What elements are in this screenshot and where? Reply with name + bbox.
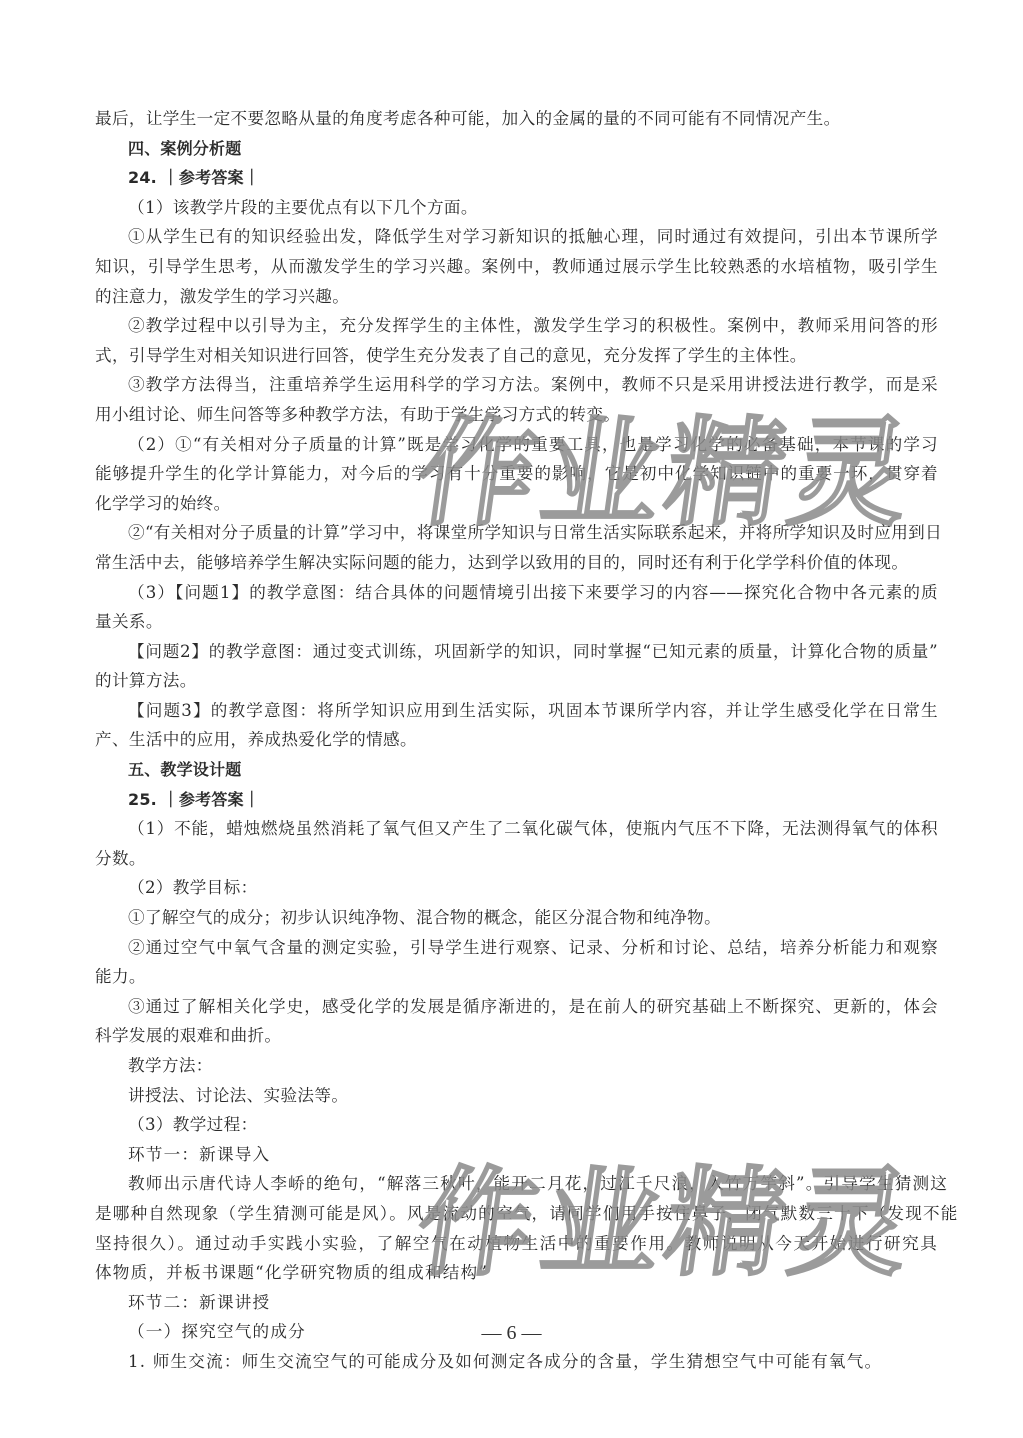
text-line: ②“有关相对分子质量的计算”学习中，将课堂所学知识与日常生活实际联系起来，并将所… xyxy=(95,518,938,548)
text-line: 的注意力，激发学生的学习兴趣。 xyxy=(95,282,938,312)
text-line: 教学方法： xyxy=(95,1051,938,1081)
text-line: 能力。 xyxy=(95,962,938,992)
text-line: 体物质，并板书课题“化学研究物质的组成和结构” xyxy=(95,1258,938,1288)
text-line: ③教学方法得当，注重培养学生运用科学的学习方法。案例中，教师不只是采用讲授法进行… xyxy=(95,370,938,400)
text-line: 的计算方法。 xyxy=(95,666,938,696)
text-line: 式，引导学生对相关知识进行回答，使学生充分发表了自己的意见，充分发挥了学生的主体… xyxy=(95,341,938,371)
section-heading-teaching-design: 五、教学设计题 xyxy=(95,755,938,785)
text-line: （3）教学过程： xyxy=(95,1110,938,1140)
page-number: — 6 — xyxy=(0,1322,1023,1345)
text-line: ①了解空气的成分；初步认识纯净物、混合物的概念，能区分混合物和纯净物。 xyxy=(95,903,938,933)
text-line: 【问题2】的教学意图：通过变式训练，巩固新学的知识，同时掌握“已知元素的质量，计… xyxy=(95,637,938,667)
text-line: 量关系。 xyxy=(95,607,938,637)
text-line: 教师出示唐代诗人李峤的绝句，“解落三秋叶，能开二月花，过江千尺浪，入竹万竿斜”。… xyxy=(95,1169,938,1199)
text-line: 是哪种自然现象（学生猜测可能是风）。风是流动的空气，请同学们用手按住鼻子，闭气默… xyxy=(95,1199,938,1229)
text-line: 分数。 xyxy=(95,844,938,874)
text-line: 知识，引导学生思考，从而激发学生的学习兴趣。案例中，教师通过展示学生比较熟悉的水… xyxy=(95,252,938,282)
text-line: 科学发展的艰难和曲折。 xyxy=(95,1021,938,1051)
text-line: 坚持很久）。通过动手实践小实验，了解空气在动植物生活中的重要作用。教师说明从今天… xyxy=(95,1229,938,1259)
text-line: 环节一：新课导入 xyxy=(95,1140,938,1170)
text-line: （1）不能，蜡烛燃烧虽然消耗了氧气但又产生了二氧化碳气体，使瓶内气压不下降，无法… xyxy=(95,814,938,844)
text-line: （2）①“有关相对分子质量的计算”既是学习化学的重要工具，也是学习化学的必备基础… xyxy=(95,430,938,460)
question-24-answer-label: 24. ｜参考答案｜ xyxy=(95,163,938,193)
text-line: 化学学习的始终。 xyxy=(95,489,938,519)
text-line: 环节二：新课讲授 xyxy=(95,1288,938,1318)
text-line: 1. 师生交流：师生交流空气的可能成分及如何测定各成分的含量，学生猜想空气中可能… xyxy=(95,1347,938,1377)
text-line: ②教学过程中以引导为主，充分发挥学生的主体性，激发学生学习的积极性。案例中，教师… xyxy=(95,311,938,341)
document-body: 最后，让学生一定不要忽略从量的角度考虑各种可能，加入的金属的量的不同可能有不同情… xyxy=(95,104,938,1377)
text-line: ②通过空气中氧气含量的测定实验，引导学生进行观察、记录、分析和讨论、总结，培养分… xyxy=(95,933,938,963)
text-line: 能够提升学生的化学计算能力，对今后的学习有十分重要的影响，它是初中化学知识链中的… xyxy=(95,459,938,489)
text-line: 常生活中去，能够培养学生解决实际问题的能力，达到学以致用的目的，同时还有利于化学… xyxy=(95,548,938,578)
text-line: ③通过了解相关化学史，感受化学的发展是循序渐进的，是在前人的研究基础上不断探究、… xyxy=(95,992,938,1022)
text-line: 【问题3】的教学意图：将所学知识应用到生活实际，巩固本节课所学内容，并让学生感受… xyxy=(95,696,938,726)
question-25-answer-label: 25. ｜参考答案｜ xyxy=(95,785,938,815)
text-line: （1）该教学片段的主要优点有以下几个方面。 xyxy=(95,193,938,223)
text-line: 最后，让学生一定不要忽略从量的角度考虑各种可能，加入的金属的量的不同可能有不同情… xyxy=(95,104,938,134)
text-line: （2）教学目标： xyxy=(95,873,938,903)
section-heading-case-analysis: 四、案例分析题 xyxy=(95,134,938,164)
text-line: ①从学生已有的知识经验出发，降低学生对学习新知识的抵触心理，同时通过有效提问，引… xyxy=(95,222,938,252)
text-line: 讲授法、讨论法、实验法等。 xyxy=(95,1081,938,1111)
text-line: 产、生活中的应用，养成热爱化学的情感。 xyxy=(95,725,938,755)
text-line: （3）【问题1】的教学意图：结合具体的问题情境引出接下来要学习的内容——探究化合… xyxy=(95,578,938,608)
text-line: 用小组讨论、师生问答等多种教学方法，有助于学生学习方式的转变。 xyxy=(95,400,938,430)
